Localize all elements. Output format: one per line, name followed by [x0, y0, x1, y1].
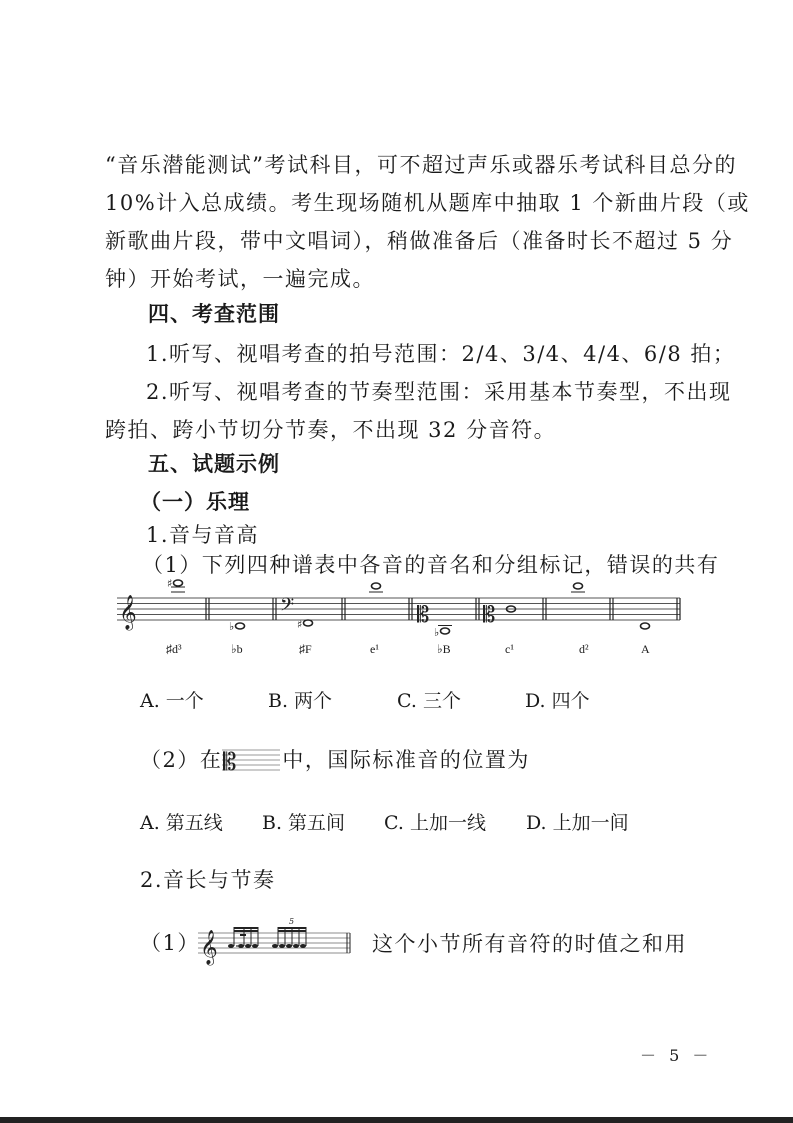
paragraph-line: 新歌曲片段，带中文唱词），稍做准备后（准备时长不超过 5 分 — [105, 228, 733, 254]
svg-text:𝄡: 𝄡 — [223, 748, 238, 773]
topic-heading: 1.音与音高 — [146, 522, 259, 548]
question-prefix: （1） — [140, 930, 200, 956]
section-heading: 四、考查范围 — [148, 301, 280, 327]
list-item: 2.听写、视唱考查的节奏型范围：采用基本节奏型，不出现 — [146, 379, 732, 405]
tuplet-number: 5 — [289, 917, 294, 926]
svg-text:𝄡: 𝄡 — [483, 603, 495, 628]
question-suffix: 中，国际标准音的位置为 — [282, 748, 530, 772]
subsection-heading: （一）乐理 — [140, 489, 250, 515]
note-label: ♭b — [231, 642, 243, 657]
question-text: （1）下列四种谱表中各音的音名和分组标记，错误的共有 — [142, 552, 719, 578]
svg-text:𝄢: 𝄢 — [280, 595, 294, 620]
rhythm-measure-icon: 𝄞 5 — [198, 915, 358, 970]
svg-text:♯: ♯ — [167, 578, 172, 590]
svg-text:𝄞: 𝄞 — [119, 595, 137, 631]
paragraph-line: 钟）开始考试，一遍完成。 — [105, 266, 375, 292]
question-text: （2）在 𝄡 中，国际标准音的位置为 — [140, 747, 530, 773]
svg-text:♭: ♭ — [434, 626, 439, 638]
paragraph-line: “音乐潜能测试”考试科目，可不超过声乐或器乐考试科目总分的 — [105, 152, 737, 178]
list-item: 跨拍、跨小节切分节奏，不出现 32 分音符。 — [105, 417, 556, 443]
option-c: C. 三个 — [397, 686, 461, 713]
svg-text:𝄡: 𝄡 — [417, 603, 429, 628]
list-item: 1.听写、视唱考查的拍号范围：2/4、3/4、4/4、6/8 拍； — [146, 341, 735, 367]
option-b: B. 第五间 — [262, 808, 345, 835]
note-label: e¹ — [370, 642, 379, 657]
option-a: A. 一个 — [140, 686, 204, 713]
question-prefix: （2）在 — [140, 748, 222, 772]
section-heading: 五、试题示例 — [148, 451, 280, 477]
option-d: D. 上加一间 — [526, 808, 629, 835]
music-staff-icon: 𝄞 ♯ ♭ 𝄢 ♯ 𝄡 ♭ 𝄡 — [117, 578, 687, 638]
note-label: ♯F — [299, 642, 312, 657]
topic-heading: 2.音长与节奏 — [140, 867, 276, 893]
paragraph-line: 10%计入总成绩。考生现场随机从题库中抽取 1 个新曲片段（或 — [105, 190, 750, 216]
option-c: C. 上加一线 — [384, 808, 486, 835]
note-label: c¹ — [505, 642, 514, 657]
svg-text:♭: ♭ — [229, 620, 234, 633]
note-label: d² — [579, 642, 589, 657]
option-a: A. 第五线 — [140, 808, 223, 835]
option-d: D. 四个 — [525, 686, 590, 713]
option-b: B. 两个 — [268, 686, 332, 713]
note-label: ♯d³ — [166, 642, 182, 657]
question-text: 这个小节所有音符的时值之和用 — [372, 931, 687, 957]
page-bottom-border — [0, 1117, 793, 1123]
note-label: ♭B — [437, 642, 451, 657]
note-label: A — [641, 642, 650, 657]
alto-clef-staff-icon: 𝄡 — [222, 747, 282, 773]
svg-text:♯: ♯ — [297, 618, 302, 631]
svg-text:𝄞: 𝄞 — [200, 930, 218, 966]
staff-figure: 𝄞 ♯ ♭ 𝄢 ♯ 𝄡 ♭ 𝄡 ♯d³ ♭b ♯F e¹ ♭B c¹ d² A — [117, 578, 687, 668]
page-number: － 5 － — [640, 1043, 712, 1066]
